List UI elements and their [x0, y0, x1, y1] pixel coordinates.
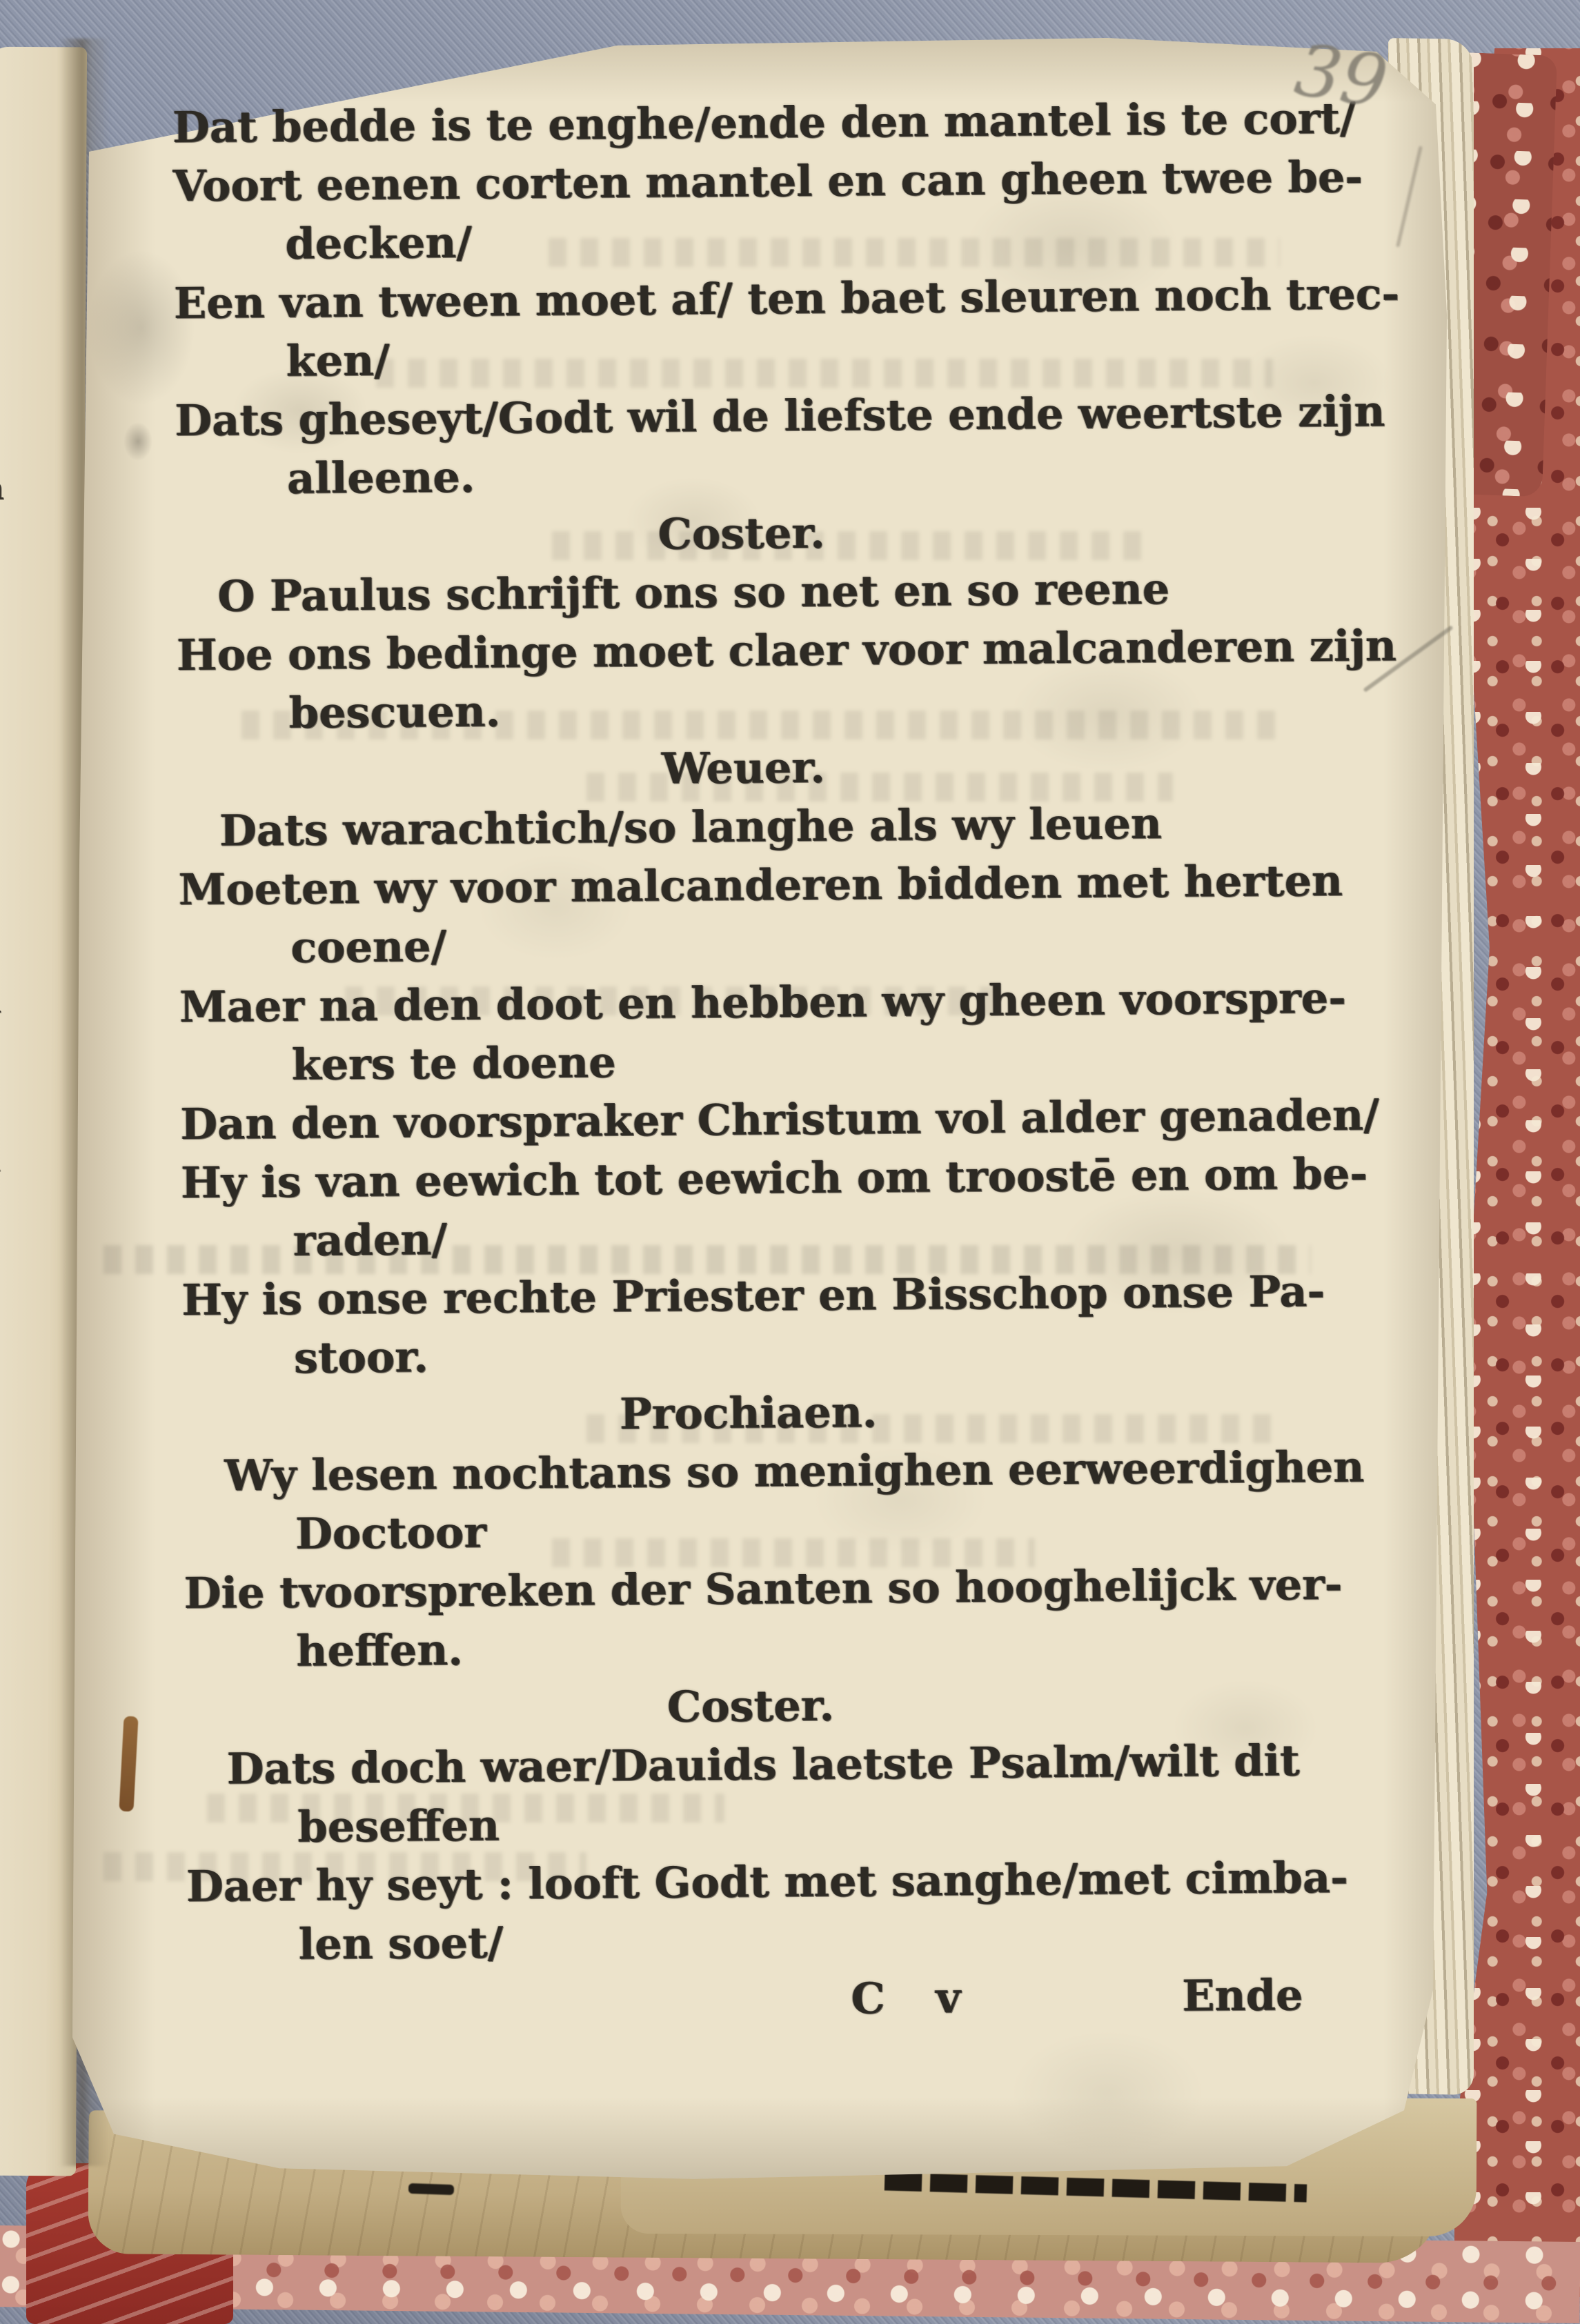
text-line: Moeten wy voor malcanderen bidden met he… — [178, 858, 1343, 913]
speaker-heading: Coster. — [185, 1679, 1316, 1734]
text-line: Hy is van eewich tot eewich om troostē e… — [181, 1151, 1368, 1206]
text-line: Die tvoorspreken der Santen so hooghelij… — [184, 1562, 1342, 1616]
text-line: Daer hy seyt : looft Godt met sanghe/met… — [186, 1855, 1348, 1909]
text-line: decken/ — [285, 220, 472, 267]
text-line: heffen. — [296, 1627, 463, 1674]
speaker-heading: Coster. — [175, 506, 1307, 561]
text-line: kers te doene — [291, 1040, 615, 1088]
text-line: Voort eenen corten mantel en can gheen t… — [172, 155, 1363, 210]
text-line: Dats warachtich/so langhe als wy leuen — [219, 801, 1162, 854]
text-line: bescuen. — [288, 688, 500, 735]
handwritten-folio-number: 39 — [1291, 33, 1392, 118]
text-line: Wy lesen nochtans so menighen eerweerdig… — [224, 1444, 1364, 1499]
catchword: Ende — [1182, 1972, 1303, 2018]
facing-page-fragment: n — [0, 985, 1, 1018]
text-line: coene/ — [290, 924, 446, 971]
speaker-heading: Weuer. — [177, 741, 1309, 795]
text-line: Een van tween moet af/ ten baet sleuren … — [174, 271, 1400, 326]
text-line: raden/ — [293, 1217, 447, 1264]
text-line: Dats doch waer/Dauids laetste Psalm/wilt… — [226, 1738, 1300, 1791]
text-line: Dat bedde is te enghe/ende den mantel is… — [172, 96, 1356, 150]
text-line: len soet/ — [298, 1920, 503, 1967]
text-line: stoor. — [294, 1334, 428, 1381]
text-line: ken/ — [286, 338, 390, 384]
gathering-signature: C v — [851, 1975, 978, 2021]
text-block: Dat bedde is te enghe/ende den mantel is… — [0, 0, 1580, 2324]
speaker-heading: Prochiaen. — [182, 1386, 1314, 1440]
text-line: Doctoor — [295, 1510, 486, 1557]
text-line: Dan den voorspraker Christum vol alder g… — [180, 1092, 1379, 1147]
text-line: beseffen — [297, 1802, 500, 1849]
text-line: Maer na den doot en hebben wy gheen voor… — [179, 975, 1346, 1030]
text-line: Hy is onse rechte Priester en Bisschop o… — [181, 1269, 1325, 1323]
photo-background-fabric: t/ſne//tnkſet/e Dat bedde is te enghe/en… — [0, 0, 1580, 2324]
text-line: Dats gheseyt/Godt wil de liefste ende we… — [175, 388, 1385, 444]
text-line: O Paulus schrijft ons so net en so reene — [217, 566, 1169, 619]
text-line: alleene. — [287, 455, 475, 501]
signature-row: C vEnde — [14, 1970, 1580, 1983]
text-line: Hoe ons bedinge moet claer voor malcande… — [177, 623, 1396, 678]
